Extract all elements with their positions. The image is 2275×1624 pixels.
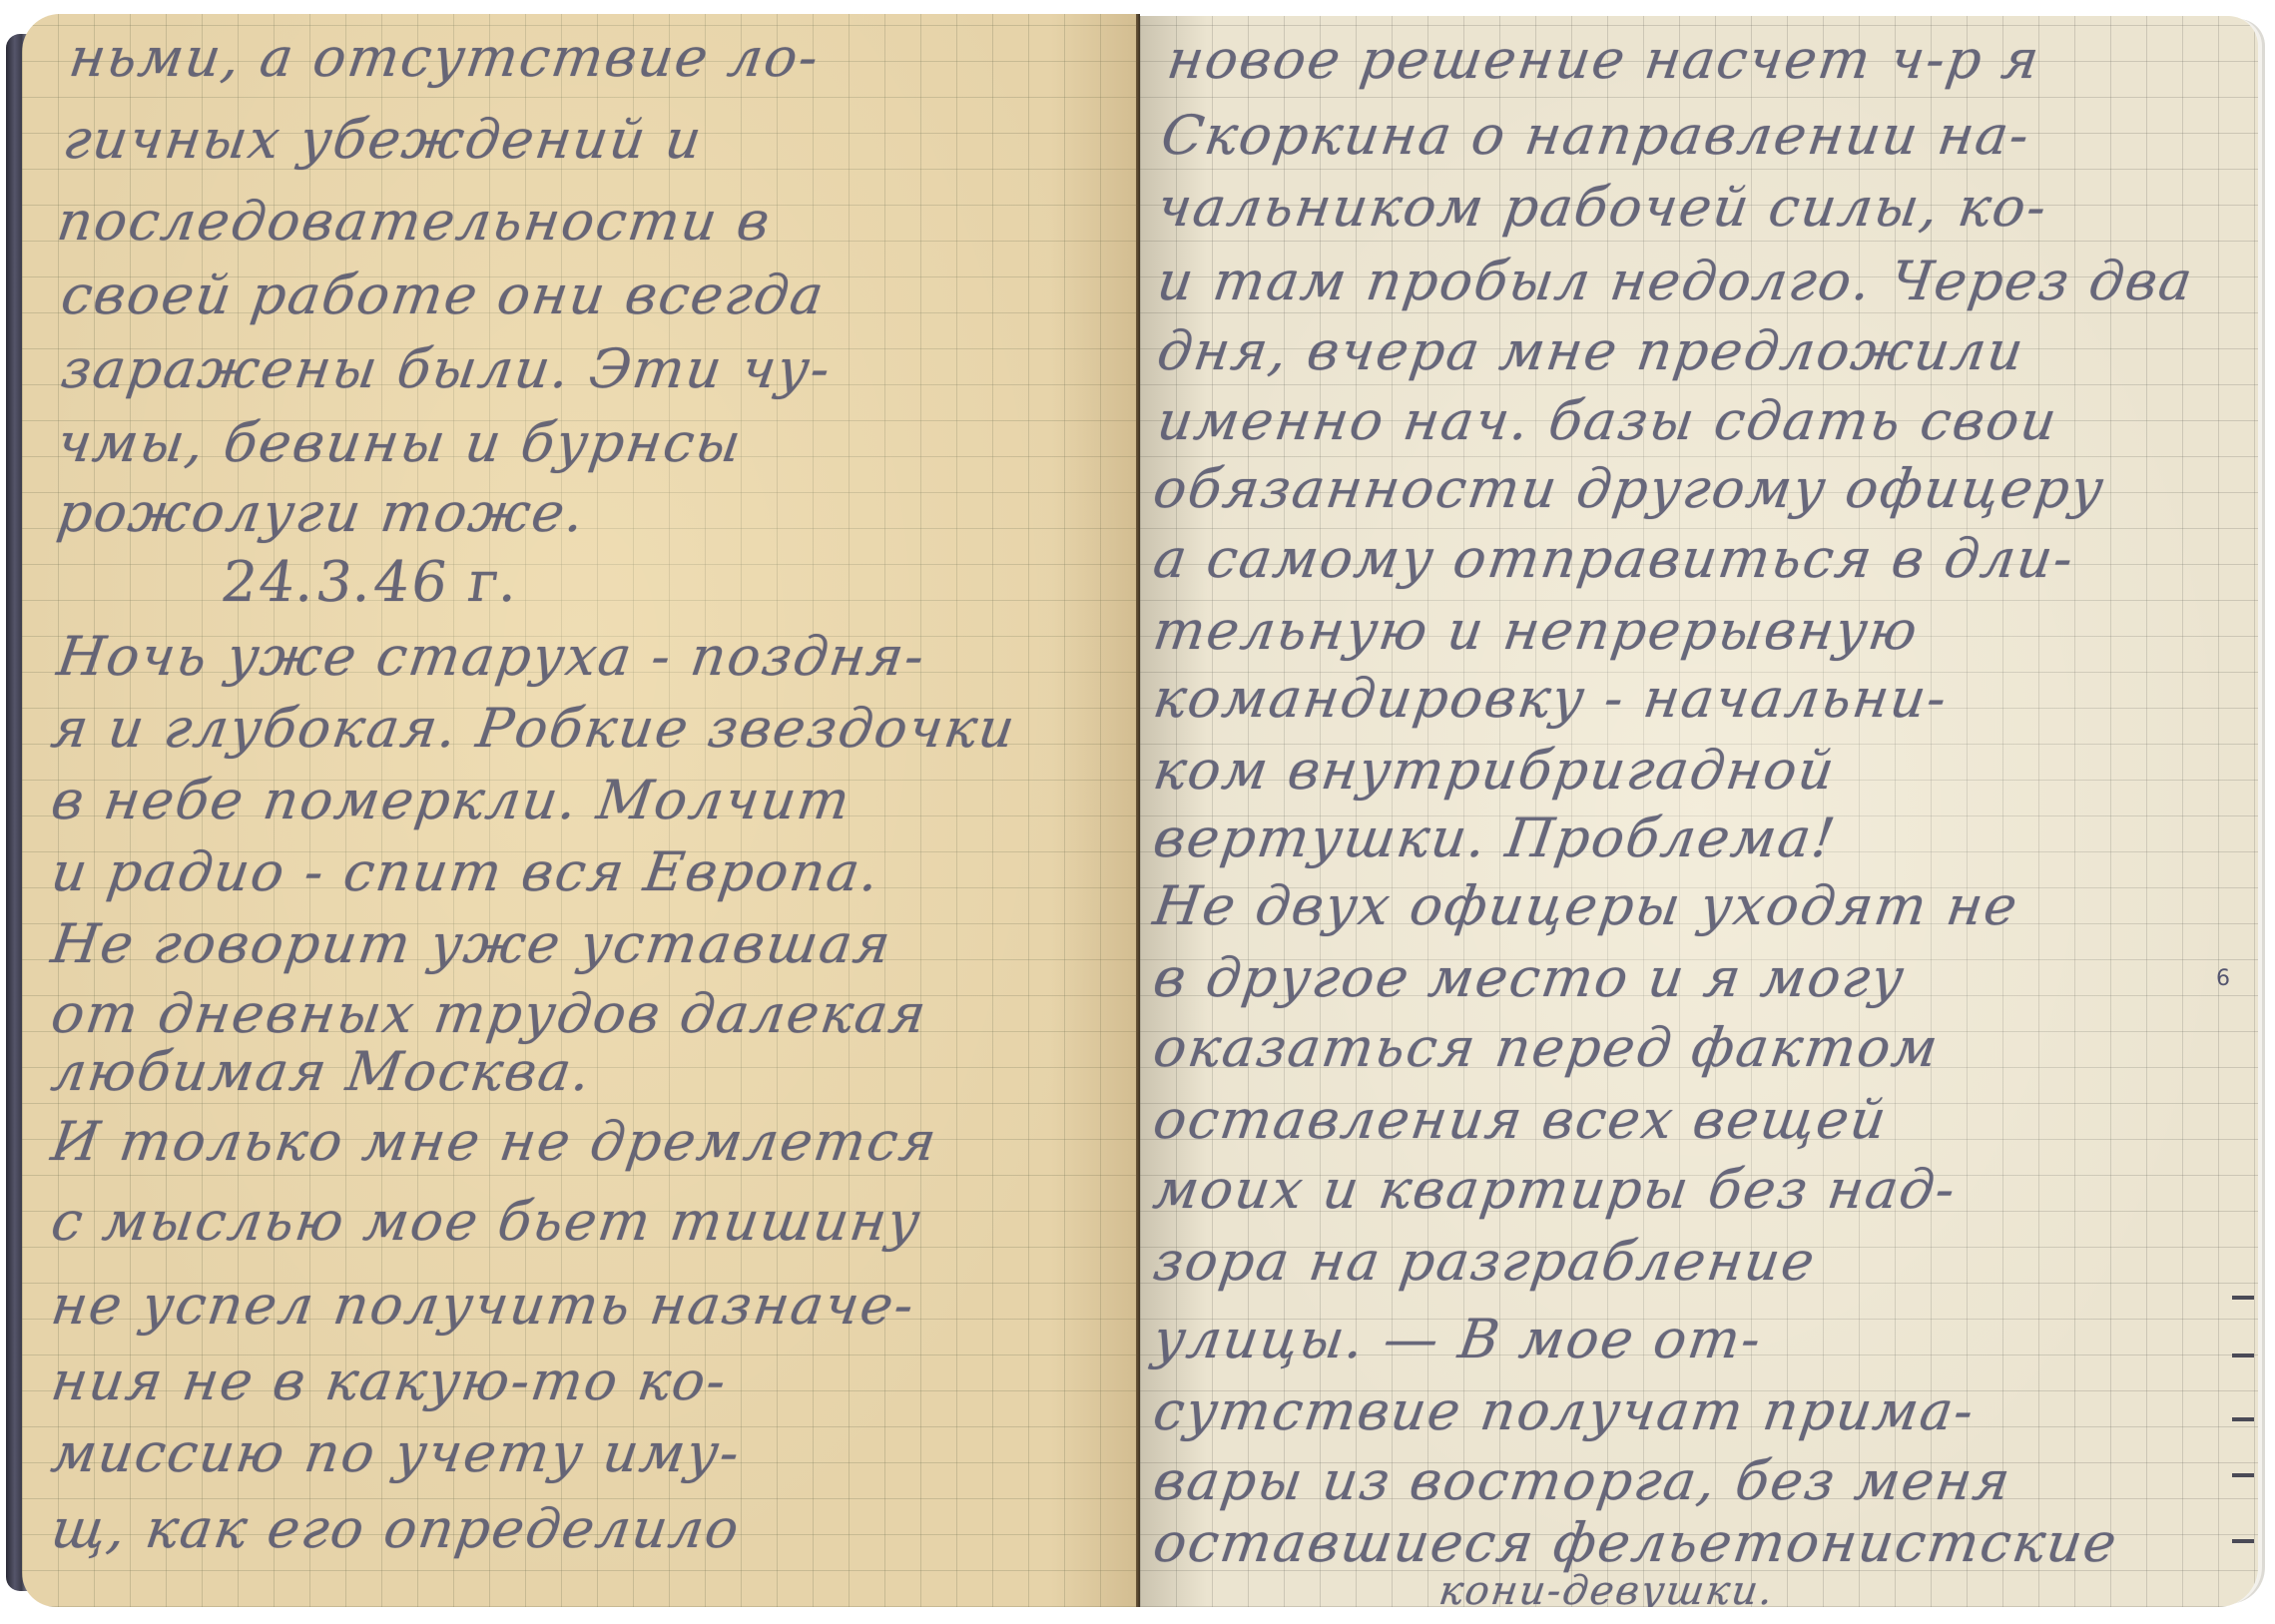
handwritten-line: обязанности другому офицеру [1150,459,2109,519]
handwritten-line: в небе померкли. Молчит [48,771,855,830]
handwritten-line: в другое место и я могу [1150,948,1910,1008]
handwritten-line: ком внутрибригадной [1150,741,1840,801]
handwritten-line: от дневных трудов далекая [48,984,931,1044]
margin-mark [2232,1296,2254,1300]
handwritten-line: и радио - спит вся Европа. [48,842,884,902]
left-page: ньми, а отсутствие ло- гичных убеждений … [22,14,1140,1607]
handwritten-line: оставления всех вещей [1150,1090,1892,1150]
handwritten-line: моих и квартиры без над- [1150,1160,1961,1220]
handwritten-line: Не двух офицеры уходят не [1150,876,2022,936]
handwritten-line: своей работе они всегда [58,266,829,325]
handwritten-line: новое решение насчет ч-р я [1164,30,2044,90]
handwritten-line: чмы, бевины и бурнсы [54,413,747,473]
margin-mark [2232,1473,2254,1477]
handwritten-line: щ, как его определило [48,1499,745,1559]
handwritten-line: именно нач. базы сдать свои [1154,391,2062,451]
handwritten-line: улицы. — В мое от- [1150,1310,1766,1369]
handwritten-line: вертушки. Проблема! [1150,809,1841,868]
margin-mark [2232,1417,2254,1421]
handwritten-line: не успел получить назначе- [48,1276,919,1336]
margin-mark [2232,1353,2254,1357]
handwritten-line: заражены были. Эти чу- [58,339,836,399]
handwritten-line: я и глубокая. Робкие звездочки [48,699,1020,759]
notebook-spread: ньми, а отсутствие ло- гичных убеждений … [0,0,2275,1624]
handwritten-line: ньми, а отсутствие ло- [66,28,824,88]
right-page: новое решение насчет ч-р я Скоркина о на… [1140,16,2258,1607]
handwritten-line: Не говорит уже уставшая [48,914,895,974]
handwritten-line: с мыслью мое бьет тишину [48,1192,925,1252]
handwritten-line: И только мне не дремлется [48,1112,941,1172]
handwritten-line: гичных убеждений и [60,110,707,170]
diary-date: 24.3.46 г. [218,553,524,613]
handwritten-line: и там пробыл недолго. Через два [1154,252,2198,311]
handwritten-line: тельную и непрерывную [1150,601,1923,661]
right-page-text: новое решение насчет ч-р я Скоркина о на… [1140,16,2258,1607]
handwritten-line: чальником рабочей силы, ко- [1154,178,2051,238]
handwritten-line: вары из восторга, без меня [1150,1451,2015,1511]
handwritten-line: миссию по учету иму- [48,1423,745,1483]
handwritten-line: Скоркина о направлении на- [1158,106,2034,166]
handwritten-line: сутствие получат прима- [1150,1381,1979,1441]
left-page-text: ньми, а отсутствие ло- гичных убеждений … [22,14,1140,1607]
handwritten-line: Ночь уже старуха - поздня- [54,627,929,687]
handwritten-line: командировку - начальни- [1150,669,1952,729]
handwritten-line: рожолуги тоже. [54,483,590,543]
handwritten-line: оказаться перед фактом [1150,1018,1944,1078]
handwritten-line: дня, вчера мне предложили [1154,321,2028,381]
handwritten-line: ния не в какую-то ко- [48,1352,732,1411]
handwritten-line: зора на разграбление [1150,1232,1820,1292]
margin-mark [2232,1539,2254,1543]
handwritten-line: кони-девушки. [1435,1561,1779,1607]
handwritten-line: последовательности в [54,192,776,252]
handwritten-line: любимая Москва. [48,1042,596,1102]
page-marker: 6 [2216,966,2230,991]
handwritten-line: а самому отправиться в дли- [1150,529,2078,589]
